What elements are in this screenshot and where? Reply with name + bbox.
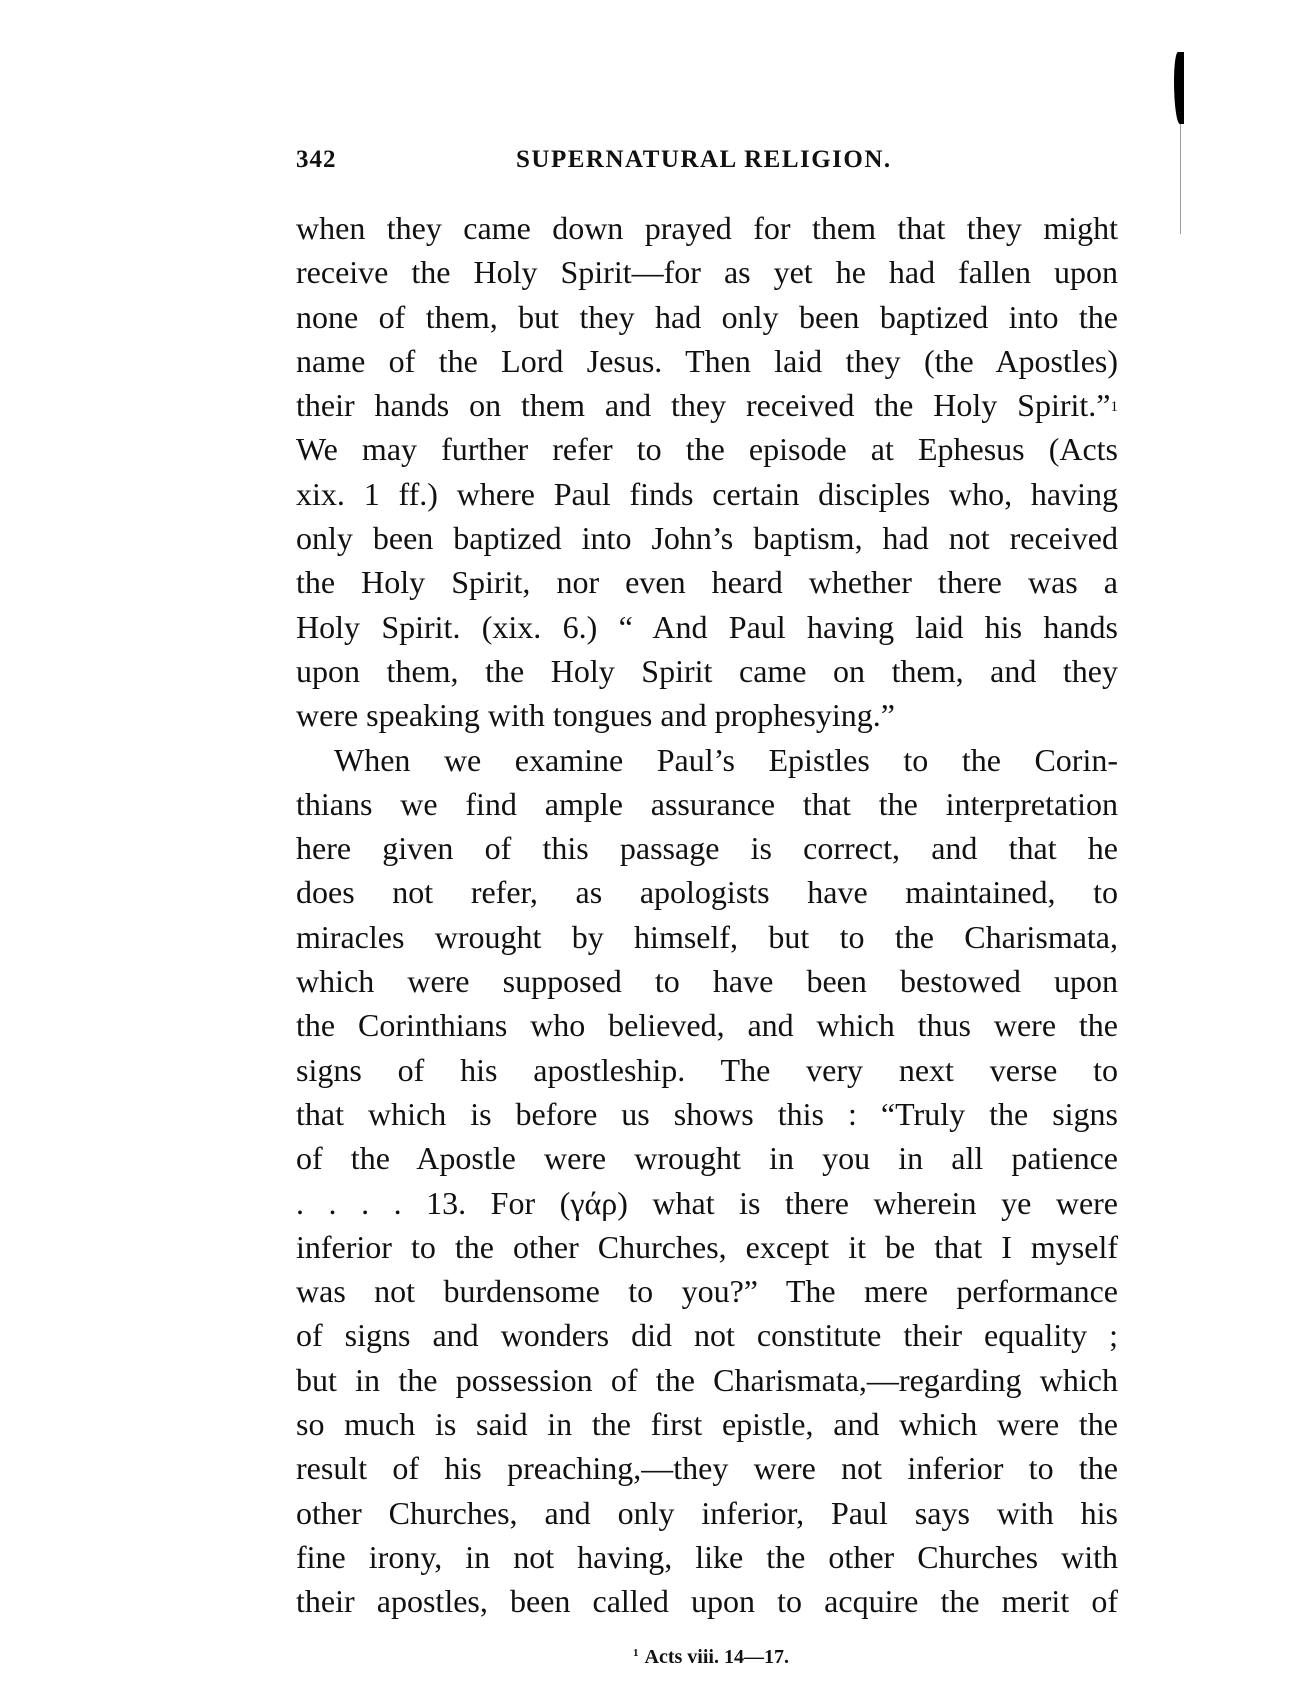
footnote-text: Acts viii. 14—17. xyxy=(645,1646,789,1668)
text-line: . . . . 13. For (γάρ) what is there wher… xyxy=(296,1181,1118,1225)
text-line: that which is before us shows this : “Tr… xyxy=(296,1092,1118,1136)
text-line: but in the possession of the Charismata,… xyxy=(296,1358,1118,1402)
body-text: when they came down prayed for them that… xyxy=(296,206,1118,1624)
text-line: which were supposed to have been bestowe… xyxy=(296,959,1118,1003)
text-line: of signs and wonders did not constitute … xyxy=(296,1313,1118,1357)
text-line: thians we find ample assurance that the … xyxy=(296,782,1118,826)
running-head: 342 SUPERNATURAL RELIGION. xyxy=(296,146,1116,182)
text-line: receive the Holy Spirit—for as yet he ha… xyxy=(296,250,1118,294)
text-line: so much is said in the first epistle, an… xyxy=(296,1402,1118,1446)
text-line: name of the Lord Jesus. Then laid they (… xyxy=(296,339,1118,383)
text-line: upon them, the Holy Spirit came on them,… xyxy=(296,649,1118,693)
footnote-ref: 1 xyxy=(1111,399,1119,415)
text-line-content: their hands on them and they received th… xyxy=(296,387,1111,423)
scan-edge-mark xyxy=(1174,52,1184,124)
text-line: the Corinthians who believed, and which … xyxy=(296,1003,1118,1047)
scan-edge-rule xyxy=(1180,124,1181,234)
text-line: their apostles, been called upon to acqu… xyxy=(296,1579,1118,1623)
text-line: result of his preaching,—they were not i… xyxy=(296,1446,1118,1490)
text-line: the Holy Spirit, nor even heard whether … xyxy=(296,560,1118,604)
text-line: Holy Spirit. (xix. 6.) “ And Paul having… xyxy=(296,605,1118,649)
text-line: does not refer, as apologists have maint… xyxy=(296,870,1118,914)
text-line: of the Apostle were wrought in you in al… xyxy=(296,1136,1118,1180)
book-page: 342 SUPERNATURAL RELIGION. when they cam… xyxy=(0,0,1292,1700)
text-line-with-footnote-ref: their hands on them and they received th… xyxy=(296,383,1118,427)
text-line: when they came down prayed for them that… xyxy=(296,206,1118,250)
text-line: xix. 1 ff.) where Paul finds certain dis… xyxy=(296,472,1118,516)
text-line-paragraph-end: were speaking with tongues and prophesyi… xyxy=(296,693,1118,737)
text-line: miracles wrought by himself, but to the … xyxy=(296,915,1118,959)
text-line: only been baptized into John’s baptism, … xyxy=(296,516,1118,560)
running-title: SUPERNATURAL RELIGION. xyxy=(516,146,892,174)
text-line: here given of this passage is correct, a… xyxy=(296,826,1118,870)
page-number: 342 xyxy=(296,146,337,174)
footnote-marker: 1 xyxy=(633,1647,639,1659)
text-line: inferior to the other Churches, except i… xyxy=(296,1225,1118,1269)
text-line-paragraph-start: When we examine Paul’s Epistles to the C… xyxy=(296,738,1118,782)
text-line: We may further refer to the episode at E… xyxy=(296,427,1118,471)
text-line: fine irony, in not having, like the othe… xyxy=(296,1535,1118,1579)
text-line: signs of his apostleship. The very next … xyxy=(296,1048,1118,1092)
footnote: 1Acts viii. 14—17. xyxy=(0,1646,1292,1669)
text-line: was not burdensome to you?” The mere per… xyxy=(296,1269,1118,1313)
text-line: other Churches, and only inferior, Paul … xyxy=(296,1491,1118,1535)
text-line: none of them, but they had only been bap… xyxy=(296,295,1118,339)
